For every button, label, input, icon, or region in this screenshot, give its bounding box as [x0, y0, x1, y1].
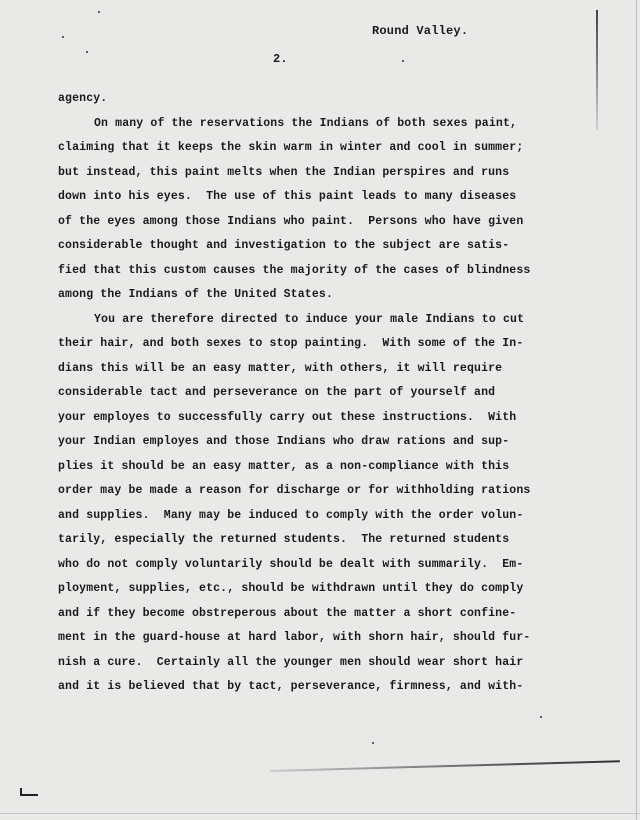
page-number: 2. — [273, 52, 287, 66]
document-page: Round Valley. 2. agency. On many of the … — [0, 0, 640, 820]
text-line: You are therefore directed to induce you… — [58, 308, 578, 333]
text-line: down into his eyes. The use of this pain… — [58, 185, 578, 210]
text-line: among the Indians of the United States. — [58, 283, 578, 308]
text-line: who do not comply voluntarily should be … — [58, 553, 578, 578]
document-header-location: Round Valley. — [372, 24, 468, 38]
text-line: your Indian employes and those Indians w… — [58, 430, 578, 455]
text-line: and if they become obstreperous about th… — [58, 602, 578, 627]
text-line: agency. — [58, 87, 578, 112]
text-line: considerable tact and perseverance on th… — [58, 381, 578, 406]
document-body: agency. On many of the reservations the … — [58, 87, 578, 700]
text-line: of the eyes among those Indians who pain… — [58, 210, 578, 235]
speck — [98, 11, 100, 13]
text-line: tarily, especially the returned students… — [58, 528, 578, 553]
page-edge-right — [636, 0, 637, 820]
text-line: order may be made a reason for discharge… — [58, 479, 578, 504]
speck — [402, 60, 404, 62]
corner-mark-horizontal — [20, 794, 38, 796]
text-line: your employes to successfully carry out … — [58, 406, 578, 431]
text-line: plies it should be an easy matter, as a … — [58, 455, 578, 480]
text-line: On many of the reservations the Indians … — [58, 112, 578, 137]
text-line: nish a cure. Certainly all the younger m… — [58, 651, 578, 676]
text-line: and it is believed that by tact, perseve… — [58, 675, 578, 700]
text-line: fied that this custom causes the majorit… — [58, 259, 578, 284]
speck — [372, 742, 374, 744]
text-line: but instead, this paint melts when the I… — [58, 161, 578, 186]
text-line: considerable thought and investigation t… — [58, 234, 578, 259]
page-edge-bottom — [0, 813, 640, 814]
text-line: ployment, supplies, etc., should be with… — [58, 577, 578, 602]
bottom-stroke-mark — [270, 760, 620, 772]
speck — [540, 716, 542, 718]
speck — [86, 51, 88, 53]
text-line: claiming that it keeps the skin warm in … — [58, 136, 578, 161]
text-line: ment in the guard-house at hard labor, w… — [58, 626, 578, 651]
text-line: their hair, and both sexes to stop paint… — [58, 332, 578, 357]
text-line: and supplies. Many may be induced to com… — [58, 504, 578, 529]
margin-mark — [596, 10, 598, 130]
text-line: dians this will be an easy matter, with … — [58, 357, 578, 382]
speck — [62, 36, 64, 38]
